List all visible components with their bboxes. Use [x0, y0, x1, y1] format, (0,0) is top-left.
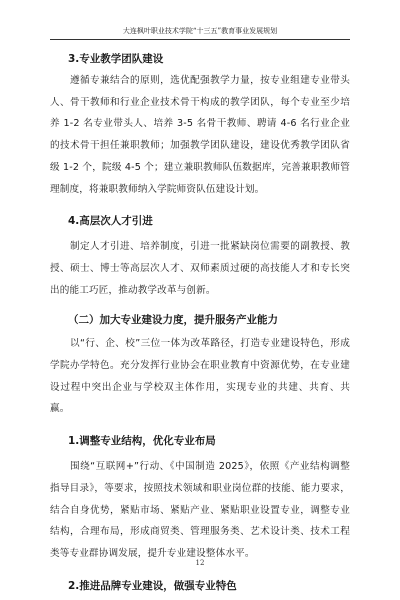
section-paragraph-specialty-construction: 以“行、企、校”三位一体为改革路径，打造专业建设特色，形成学院办学特色。充分发挥… — [50, 333, 350, 420]
section-heading-specialty-construction: （二）加大专业建设力度，提升服务产业能力 — [68, 313, 350, 327]
header-title: 大连枫叶职业技术学院“十三五”教育事业发展规划 — [123, 27, 277, 35]
section-heading-teaching-team: 3.专业教学团队建设 — [68, 52, 350, 66]
section-paragraph-adjust-structure: 围绕“互联网+”行动、《中国制造 2025》，依照《产业结构调整指导目录》，等要… — [50, 456, 350, 565]
document-body: 3.专业教学团队建设 遵循专兼结合的原则，选优配强教学力量，按专业组建专业带头人… — [50, 52, 350, 600]
section-paragraph-teaching-team: 遵循专兼结合的原则，选优配强教学力量，按专业组建专业带头人、骨干教师和行业企业技… — [50, 70, 350, 200]
page-number: 12 — [0, 559, 400, 567]
page-header: 大连枫叶职业技术学院“十三五”教育事业发展规划 — [50, 26, 350, 40]
section-heading-talent-introduction: 4.高层次人才引进 — [68, 214, 350, 228]
section-heading-adjust-structure: 1.调整专业结构，优化专业布局 — [68, 434, 350, 448]
section-paragraph-talent-introduction: 制定人才引进、培养制度，引进一批紧缺岗位需要的副教授、教授、硕士、博士等高层次人… — [50, 236, 350, 301]
section-heading-brand-specialty: 2.推进品牌专业建设，做强专业特色 — [68, 579, 350, 593]
